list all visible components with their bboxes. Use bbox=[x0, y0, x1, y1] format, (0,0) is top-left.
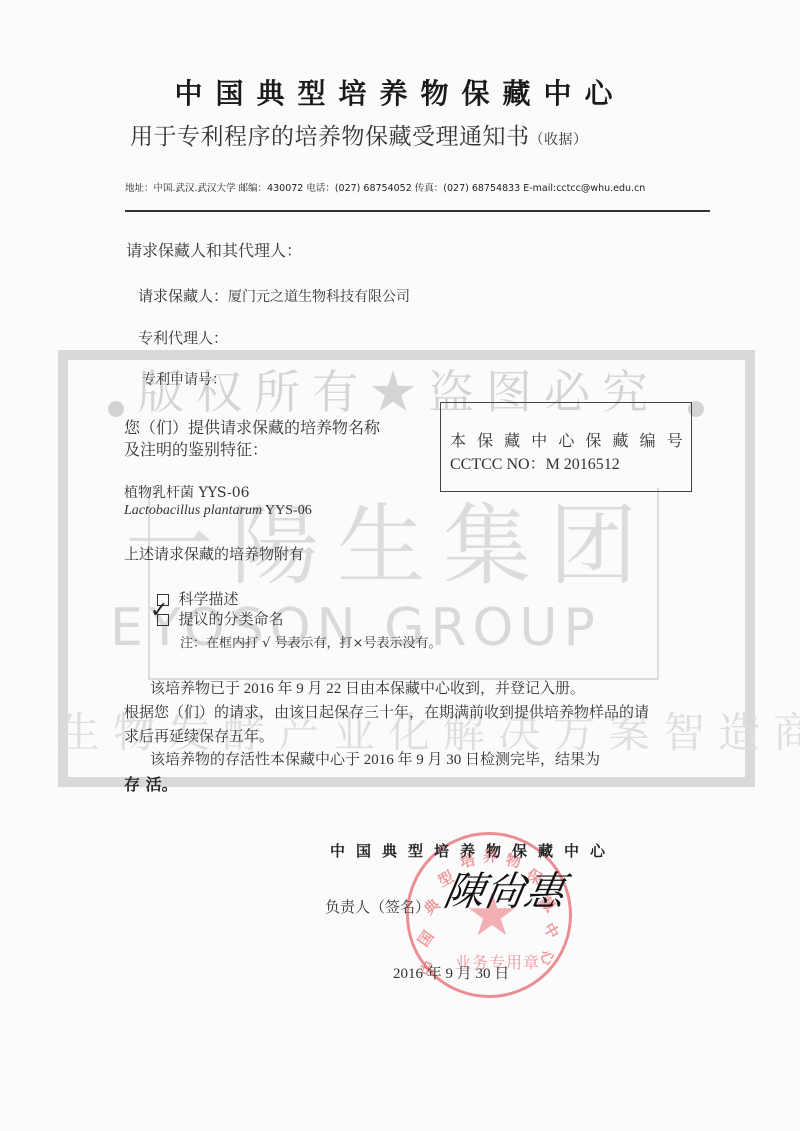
agent-label: 专利代理人： bbox=[138, 329, 228, 347]
depositor-value: 厦门元之道生物科技有限公司 bbox=[228, 289, 410, 305]
viability-result: 存 活。 bbox=[124, 772, 178, 795]
culture-name-strain: YYS-06 bbox=[262, 503, 312, 518]
accession-label: 本 保 藏 中 心 保 藏 编 号 bbox=[450, 428, 686, 451]
header-divider bbox=[125, 210, 710, 212]
culture-heading-line1: 您（们）提供请求保藏的培养物名称 bbox=[124, 415, 380, 438]
footer-date: 2016 年 9 月 30 日 bbox=[393, 962, 509, 983]
culture-name-latin: Lactobacillus plantarum bbox=[124, 503, 262, 518]
attachments-heading: 上述请求保藏的培养物附有 bbox=[124, 543, 304, 564]
document-subtitle: 用于专利程序的培养物保藏受理通知书（收据） bbox=[130, 118, 588, 151]
checkmark-icon: ✓ bbox=[150, 598, 168, 623]
attachments-note: 注：在框内打 √ 号表示有，打×号表示没有。 bbox=[180, 632, 441, 651]
address-line: 地址：中国.武汉.武汉大学 邮编：430072 电话：(027) 6875405… bbox=[125, 180, 645, 194]
attachment-label: 科学描述 bbox=[179, 590, 239, 608]
attachment-item-scientific-description: 科学描述 bbox=[157, 588, 239, 609]
culture-heading-line2: 及注明的鉴别特征： bbox=[124, 437, 268, 460]
application-no-label: 专利申请号： bbox=[142, 372, 226, 388]
watermark-dot-left bbox=[108, 401, 124, 417]
attachment-item-taxonomic-designation: 提议的分类命名 bbox=[157, 608, 284, 629]
receipt-line3: 求后再延续保存五年。 bbox=[124, 725, 274, 746]
signer-label: 负责人（签名） bbox=[325, 896, 430, 917]
culture-name-cn: 植物乳杆菌 YYS-06 bbox=[124, 482, 250, 502]
culture-name-latin-row: Lactobacillus plantarum YYS-06 bbox=[124, 503, 312, 519]
receipt-line1: 该培养物已于 2016 年 9 月 22 日由本保藏中心收到，并登记入册。 bbox=[150, 677, 585, 698]
depositor-label: 请求保藏人： bbox=[138, 287, 228, 305]
subtitle-note: （收据） bbox=[530, 132, 588, 148]
application-no-row: 专利申请号： bbox=[142, 369, 226, 389]
attachment-label: 提议的分类命名 bbox=[179, 610, 284, 628]
accession-number: CCTCC NO：M 2016512 bbox=[450, 451, 620, 474]
receipt-line4: 该培养物的存活性本保藏中心于 2016 年 9 月 30 日检测完毕，结果为 bbox=[150, 748, 600, 769]
signature: 陳尙惠 bbox=[440, 860, 570, 917]
depositor-heading: 请求保藏人和其代理人： bbox=[126, 238, 302, 261]
document-title: 中国典型培养物保藏中心 bbox=[0, 72, 800, 112]
depositor-row: 请求保藏人：厦门元之道生物科技有限公司 bbox=[138, 285, 410, 306]
receipt-line2: 根据您（们）的请求，由该日起保存三十年，在期满前收到提供培养物样品的请 bbox=[124, 701, 649, 722]
subtitle-text: 用于专利程序的培养物保藏受理通知书 bbox=[130, 124, 530, 150]
agent-row: 专利代理人： bbox=[138, 327, 228, 348]
footer-organization: 中国典型培养物保藏中心 bbox=[330, 840, 616, 861]
